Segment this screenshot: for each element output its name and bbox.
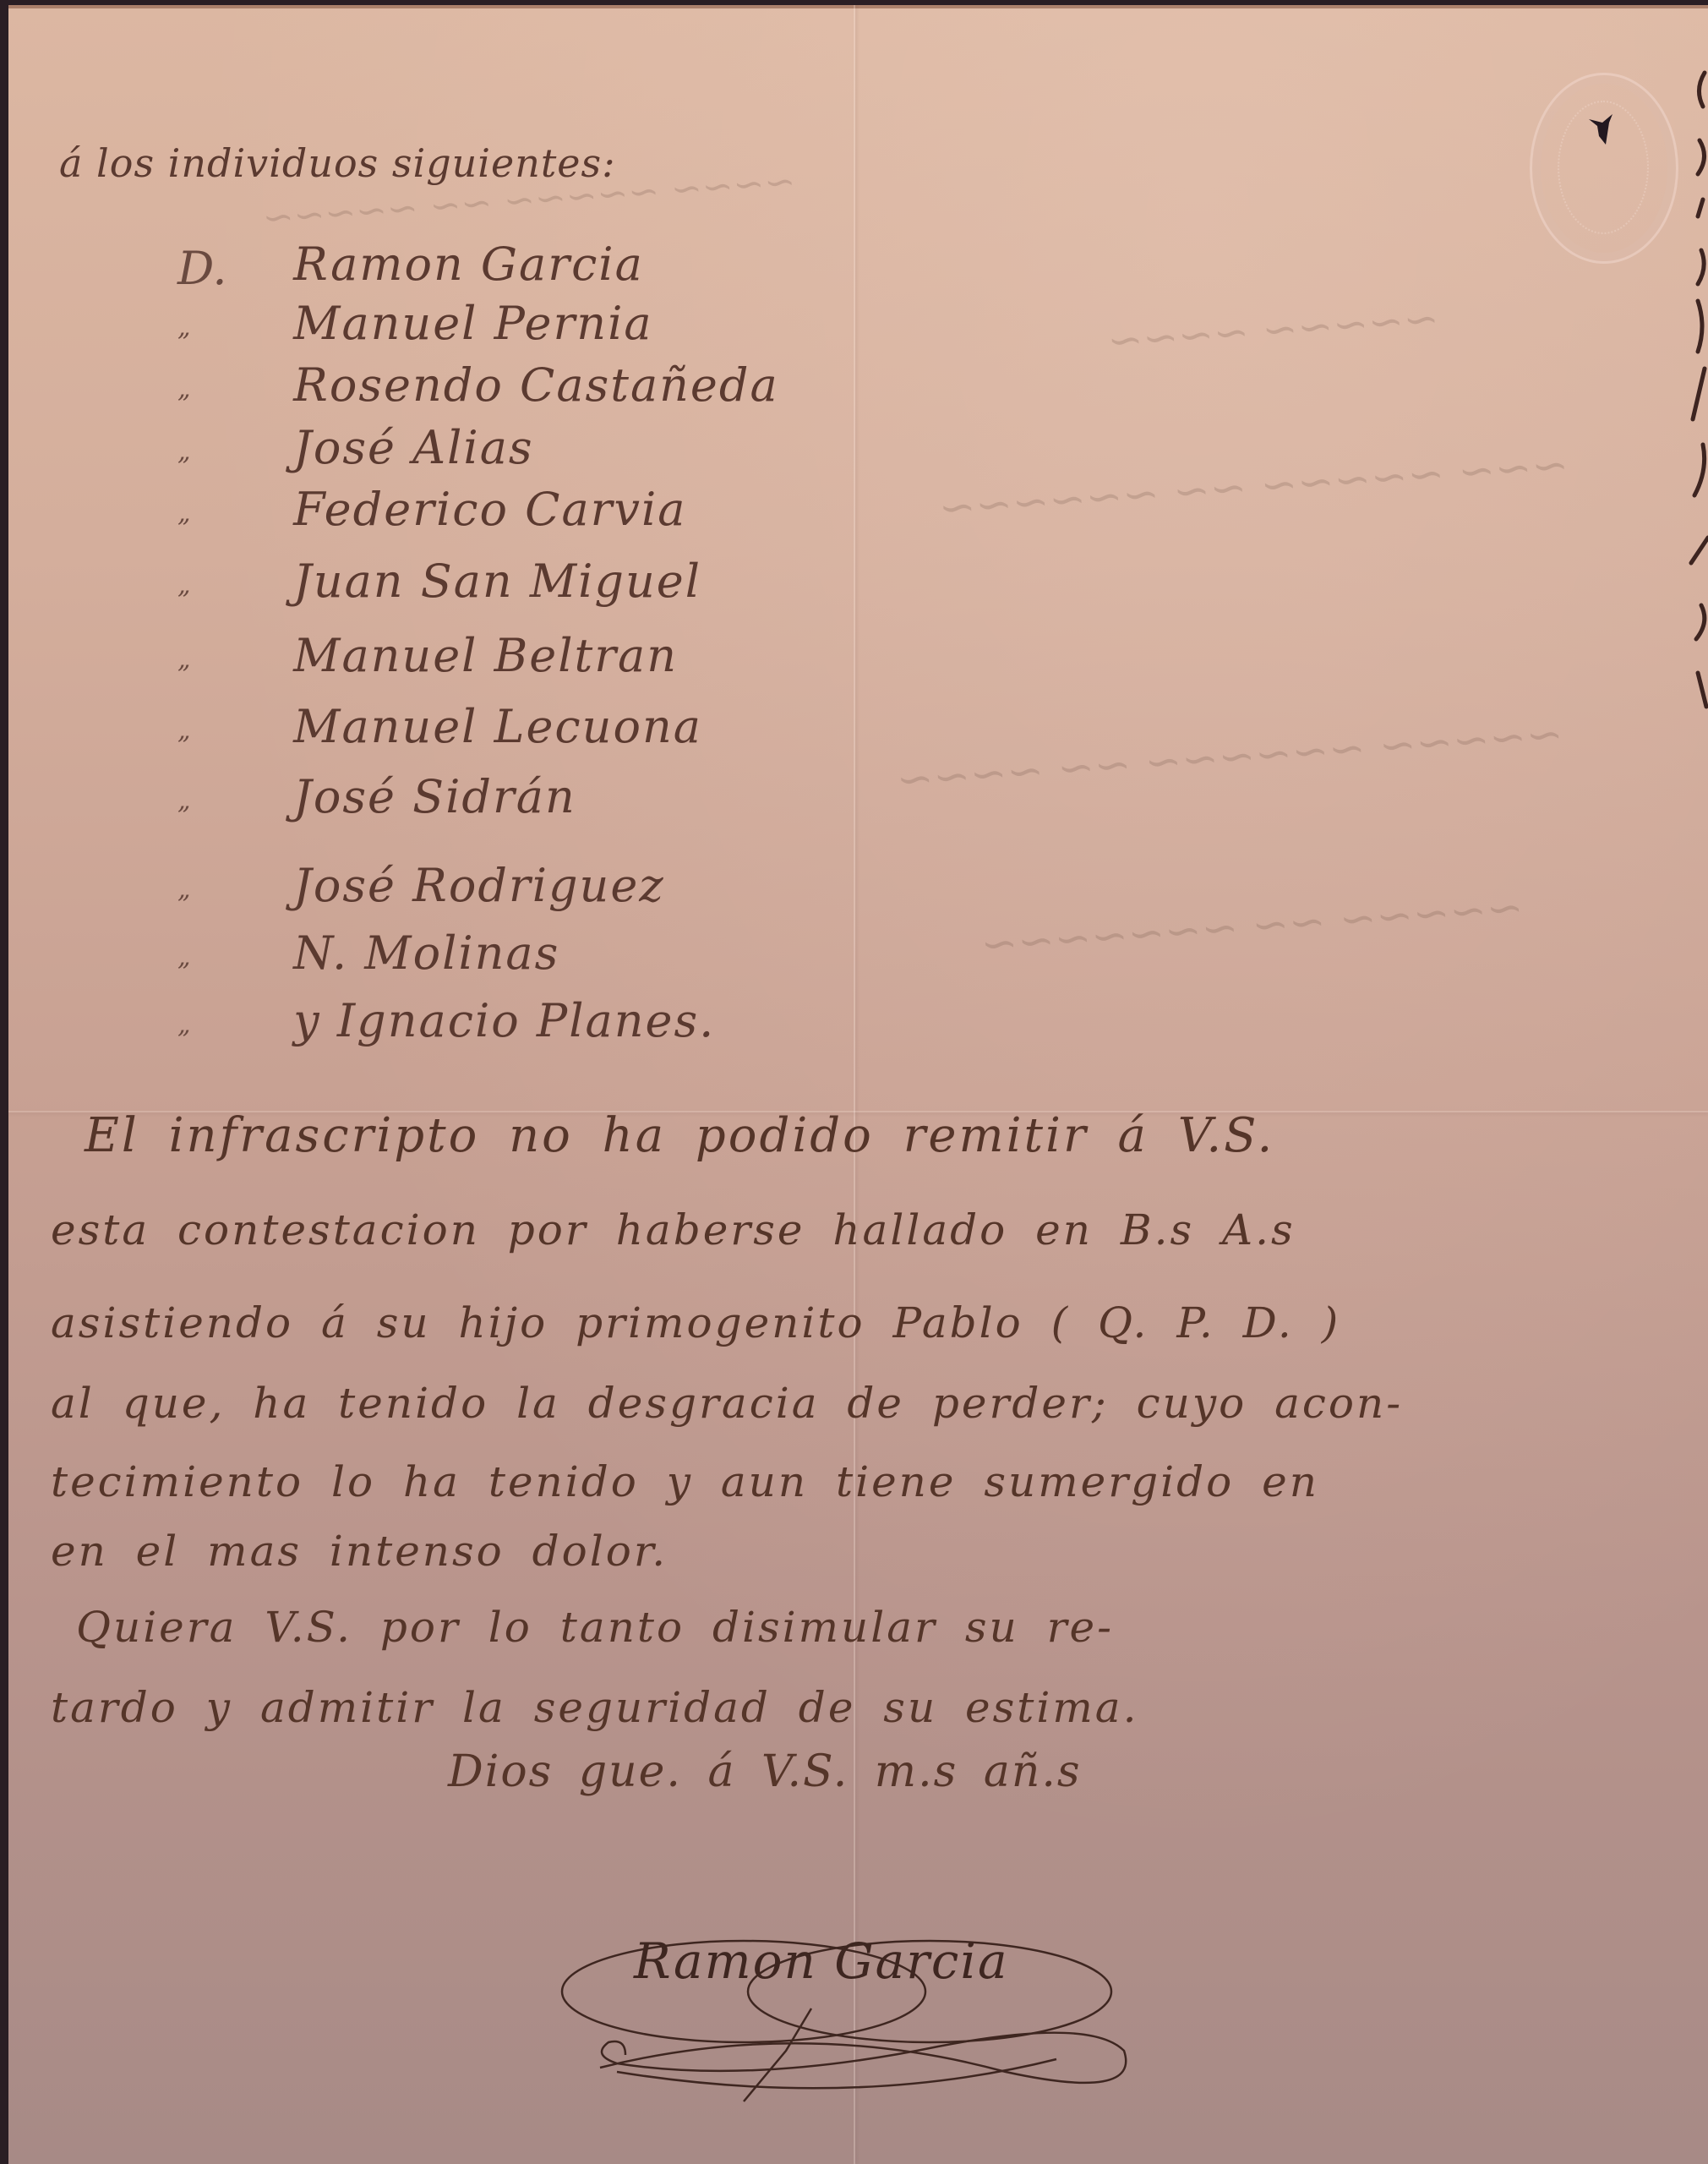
margin-annotation: [1686, 64, 1708, 825]
name-text: N. Molinas: [293, 926, 559, 980]
body-paragraph-line: El infrascripto no ha podido remitir á V…: [85, 1108, 1274, 1163]
name-text: Manuel Pernia: [293, 297, 652, 350]
manuscript-page: ~~~~ ~~~~~ ~~ ~~~~~ ~~~~~ ~~~~ ~~~ ~~~~~…: [8, 5, 1708, 2164]
body-paragraph-line: en el mas intenso dolor.: [51, 1527, 668, 1576]
body-paragraph-line: al que, ha tenido la desgracia de perder…: [51, 1379, 1403, 1428]
name-list-item: „ José Rodriguez: [177, 859, 665, 912]
page-top-edge: [8, 5, 1708, 8]
bleed-through-text: ~~~~~ ~~~~: [1105, 293, 1440, 365]
name-text: Ramon Garcia: [293, 238, 644, 291]
vertical-fold-line: [854, 5, 855, 2164]
body-paragraph-line: tardo y admitir la seguridad de su estim…: [51, 1683, 1139, 1732]
name-text: José Rodriguez: [293, 859, 665, 912]
name-prefix: „: [177, 645, 279, 675]
signature-name: Ramon Garcia: [634, 1932, 1009, 1990]
name-prefix: „: [177, 943, 279, 972]
name-list-item: „ Federico Carvia: [177, 483, 686, 536]
body-paragraph-line: tecimiento lo ha tenido y aun tiene sume…: [51, 1457, 1319, 1506]
name-text: Federico Carvia: [293, 483, 686, 536]
name-list-item: „ N. Molinas: [177, 926, 559, 980]
name-list-item: „ José Alias: [177, 421, 534, 474]
name-prefix: „: [177, 716, 279, 746]
name-text: Juan San Miguel: [293, 555, 701, 608]
embossed-seal: [1530, 73, 1678, 264]
name-prefix: „: [177, 313, 279, 342]
name-list-item: D. Ramon Garcia: [177, 238, 644, 295]
name-prefix: „: [177, 875, 279, 904]
name-list-item: „ Manuel Pernia: [177, 297, 653, 350]
body-paragraph-line: Quiera V.S. por lo tanto disimular su re…: [76, 1603, 1114, 1652]
punch-hole-icon: [1587, 111, 1621, 153]
body-paragraph-line: esta contestacion por haberse hallado en…: [51, 1205, 1296, 1254]
signature-flourish-icon: [532, 1890, 1175, 2118]
name-prefix: „: [177, 1010, 279, 1040]
name-list-item: „ Rosendo Castañeda: [177, 358, 779, 412]
name-prefix: „: [177, 437, 279, 467]
name-list-item: „ Manuel Lecuona: [177, 700, 702, 753]
name-list-item: „ José Sidrán: [177, 770, 576, 823]
signature-block: Ramon Garcia: [532, 1890, 1175, 2118]
name-prefix: D.: [177, 242, 279, 295]
bleed-through-text: ~~~~~ ~~~~~~ ~~ ~~~~: [895, 709, 1565, 806]
name-prefix: „: [177, 571, 279, 600]
name-list-item: „ Manuel Beltran: [177, 629, 678, 682]
name-list-item: „ y Ignacio Planes.: [177, 994, 715, 1047]
bleed-through-text: ~~~ ~~~~~ ~~ ~~~~~~: [937, 440, 1570, 534]
name-text: y Ignacio Planes.: [293, 994, 715, 1047]
name-prefix: „: [177, 374, 279, 404]
name-list-item: „ Juan San Miguel: [177, 555, 701, 608]
name-text: Rosendo Castañeda: [293, 358, 778, 412]
name-prefix: „: [177, 786, 279, 816]
bleed-through-text: ~~~~~ ~~ ~~~~~~~: [980, 883, 1525, 971]
closing-formula: Dios gue. á V.S. m.s añ.s: [448, 1746, 1082, 1797]
name-text: Manuel Beltran: [293, 629, 678, 682]
body-paragraph-line: asistiendo á su hijo primogenito Pablo (…: [51, 1298, 1340, 1347]
name-text: José Alias: [293, 421, 533, 474]
name-prefix: „: [177, 499, 279, 528]
name-text: Manuel Lecuona: [293, 700, 702, 753]
intro-line: á los individuos siguientes:: [59, 140, 616, 186]
name-text: José Sidrán: [293, 770, 576, 823]
